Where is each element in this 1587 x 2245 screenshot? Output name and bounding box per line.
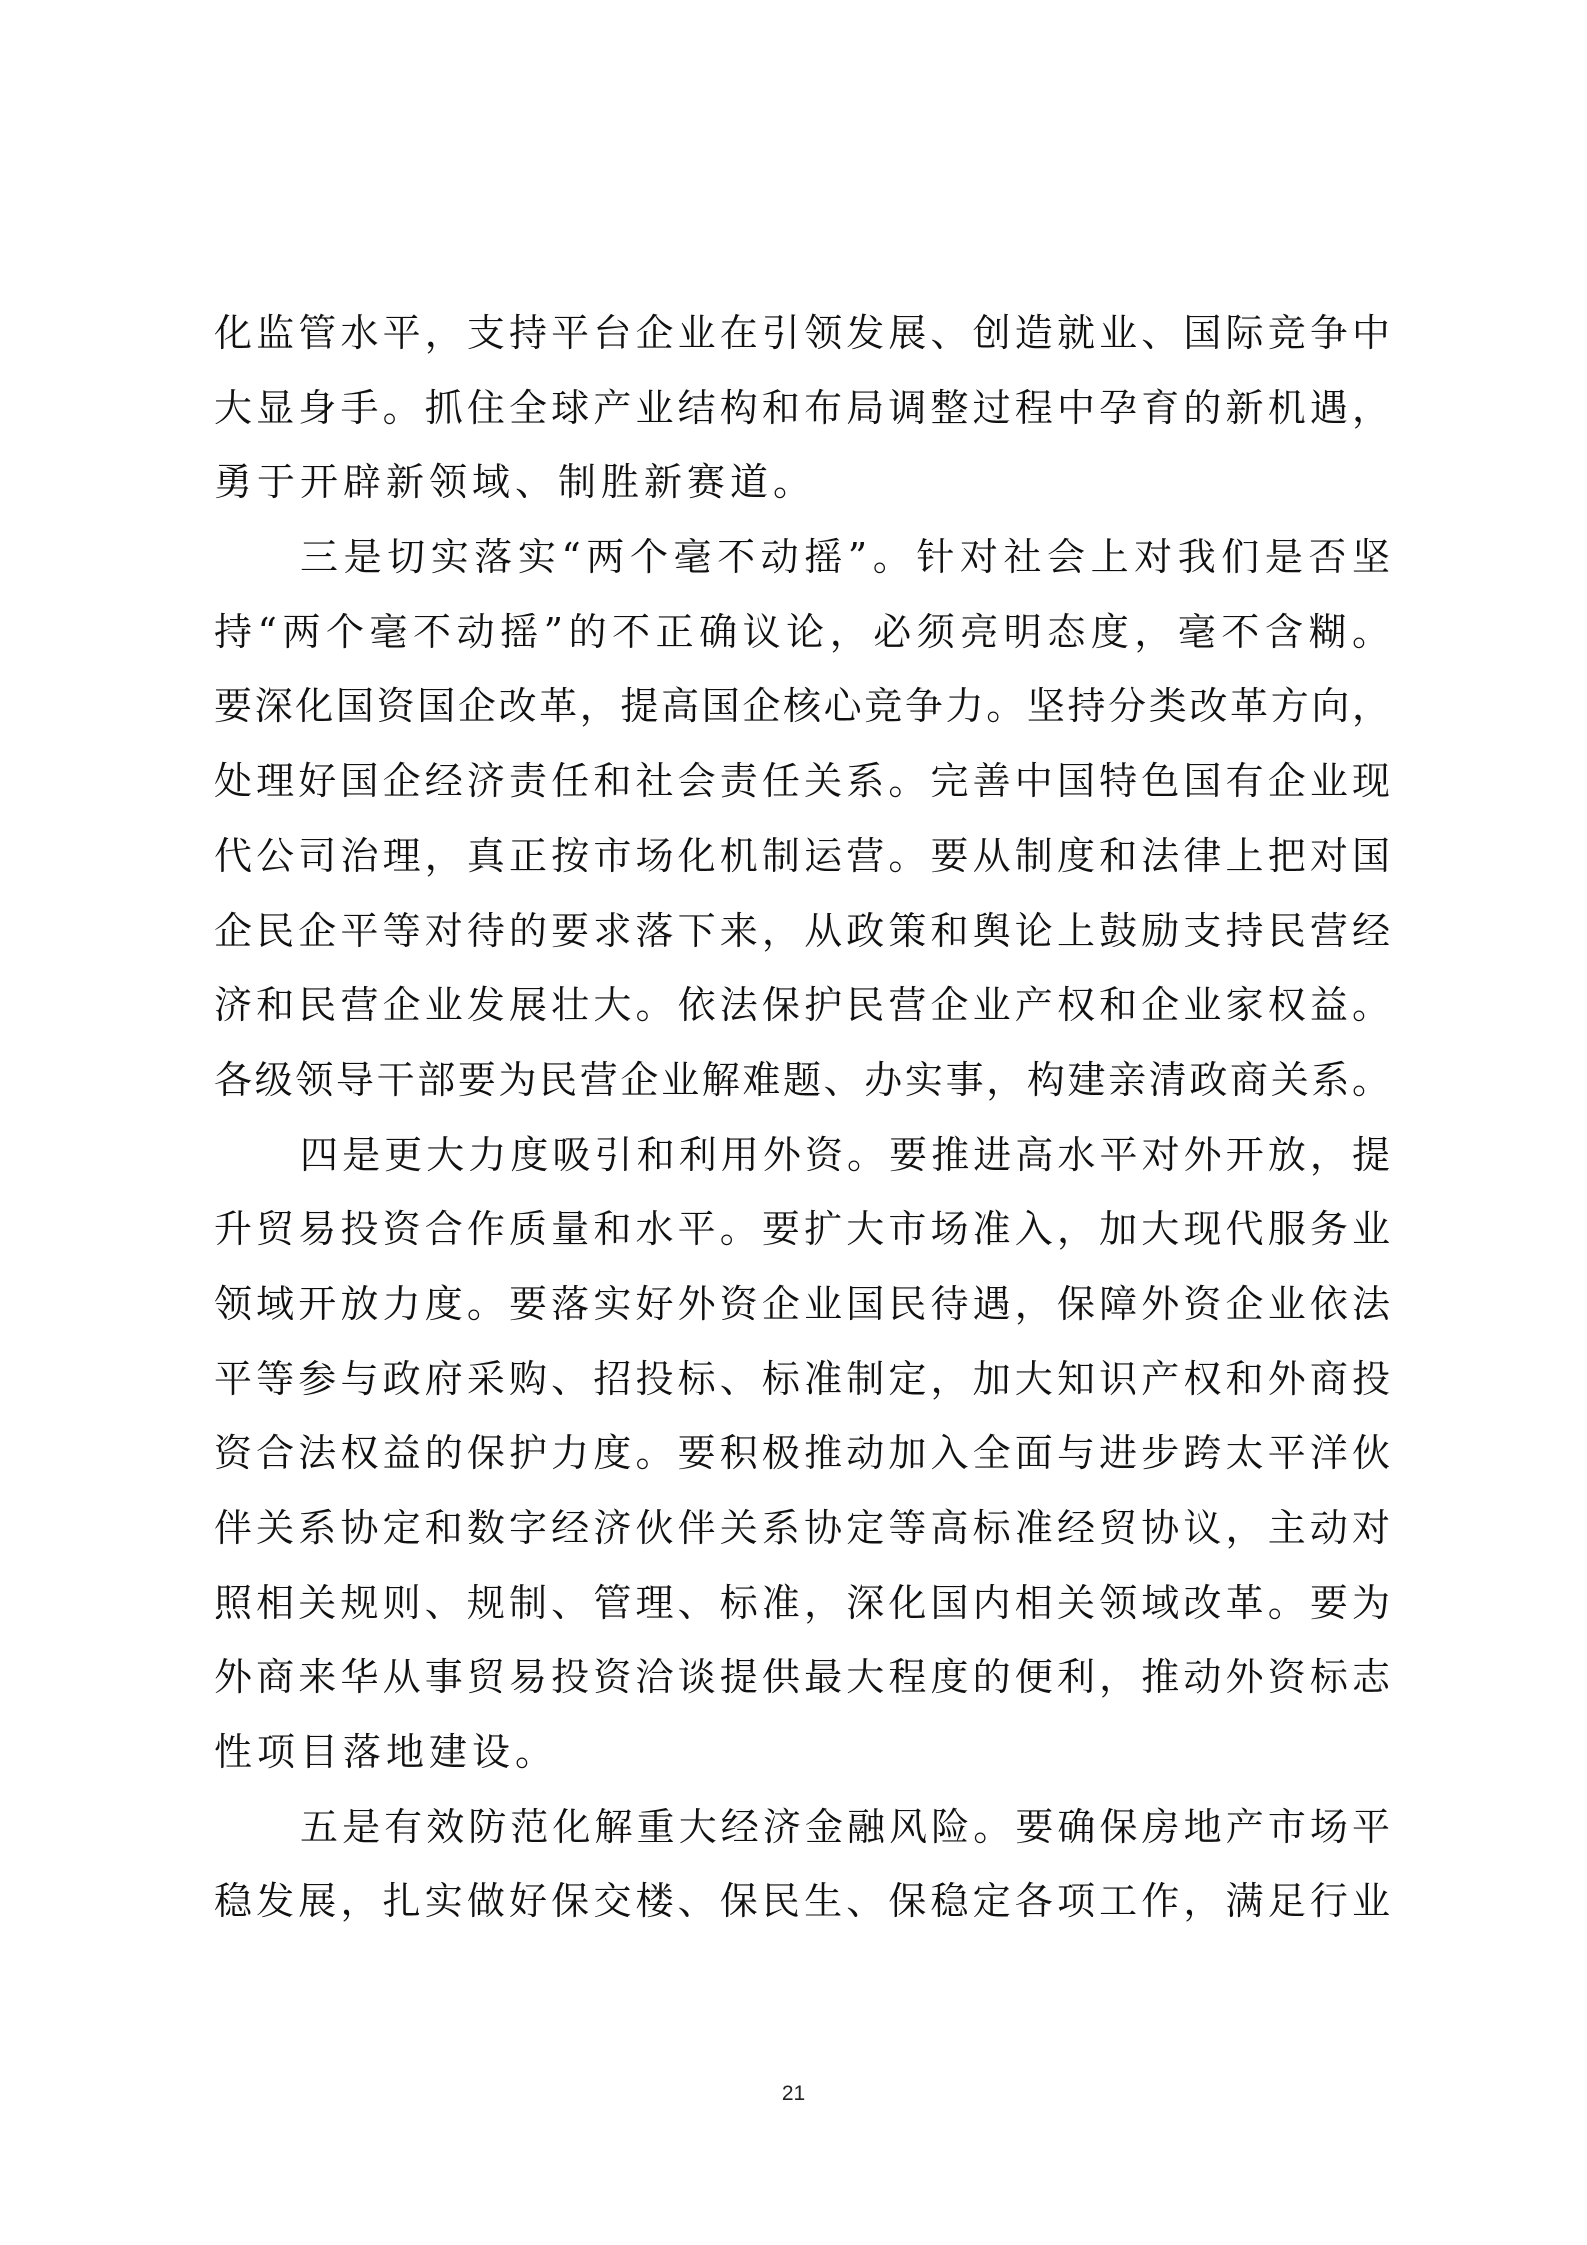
text-line-content: 大显身手。抓住全球产业结构和布局调整过程中孕育的新机遇， <box>214 386 1390 430</box>
text-line-content: 各级领导干部要为民营企业解难题、办实事，构建亲清政商关系。 <box>214 1058 1390 1102</box>
text-line: 企民企平等对待的要求落下来，从政策和舆论上鼓励支持民营经 <box>214 894 1390 969</box>
text-line-content: 济和民营企业发展壮大。依法保护民营企业产权和企业家权益。 <box>214 983 1390 1027</box>
text-line: 大显身手。抓住全球产业结构和布局调整过程中孕育的新机遇， <box>214 371 1390 446</box>
text-line-content: 处理好国企经济责任和社会责任关系。完善中国特色国有企业现 <box>214 759 1390 803</box>
text-line-content: 升贸易投资合作质量和水平。要扩大市场准入，加大现代服务业 <box>214 1207 1390 1251</box>
text-line: 外商来华从事贸易投资洽谈提供最大程度的便利，推动外资标志 <box>214 1640 1390 1715</box>
text-line: 化监管水平，支持平台企业在引领发展、创造就业、国际竞争中 <box>214 296 1390 371</box>
text-line-content: 代公司治理，真正按市场化机制运营。要从制度和法律上把对国 <box>214 834 1390 878</box>
text-line-content: 外商来华从事贸易投资洽谈提供最大程度的便利，推动外资标志 <box>214 1655 1390 1699</box>
text-line-content: 照相关规则、规制、管理、标准，深化国内相关领域改革。要为 <box>214 1581 1390 1625</box>
text-line-content: 伴关系协定和数字经济伙伴关系协定等高标准经贸协议，主动对 <box>214 1506 1390 1550</box>
text-line-content: 要深化国资国企改革，提高国企核心竞争力。坚持分类改革方向， <box>214 684 1390 728</box>
page-number: 21 <box>0 2082 1587 2106</box>
document-page: 化监管水平，支持平台企业在引领发展、创造就业、国际竞争中大显身手。抓住全球产业结… <box>0 0 1587 2245</box>
text-line: 资合法权益的保护力度。要积极推动加入全面与进步跨太平洋伙 <box>214 1416 1390 1491</box>
text-line-content: 三是切实落实“两个毫不动摇”。针对社会上对我们是否坚 <box>300 535 1390 579</box>
text-line: 稳发展，扎实做好保交楼、保民生、保稳定各项工作，满足行业 <box>214 1864 1390 1939</box>
text-line: 五是有效防范化解重大经济金融风险。要确保房地产市场平 <box>214 1790 1390 1865</box>
text-line: 照相关规则、规制、管理、标准，深化国内相关领域改革。要为 <box>214 1566 1390 1641</box>
text-line-content: 持“两个毫不动摇”的不正确议论，必须亮明态度，毫不含糊。 <box>214 610 1390 654</box>
text-line: 领域开放力度。要落实好外资企业国民待遇，保障外资企业依法 <box>214 1267 1390 1342</box>
text-line: 持“两个毫不动摇”的不正确议论，必须亮明态度，毫不含糊。 <box>214 595 1390 670</box>
text-line: 性项目落地建设。 <box>214 1715 1390 1790</box>
text-line-content: 化监管水平，支持平台企业在引领发展、创造就业、国际竞争中 <box>214 311 1390 355</box>
text-line: 升贸易投资合作质量和水平。要扩大市场准入，加大现代服务业 <box>214 1192 1390 1267</box>
text-line-content: 企民企平等对待的要求落下来，从政策和舆论上鼓励支持民营经 <box>214 909 1390 953</box>
text-line-content: 平等参与政府采购、招投标、标准制定，加大知识产权和外商投 <box>214 1357 1390 1401</box>
text-line-content: 五是有效防范化解重大经济金融风险。要确保房地产市场平 <box>300 1805 1390 1849</box>
text-line: 四是更大力度吸引和利用外资。要推进高水平对外开放，提 <box>214 1118 1390 1193</box>
text-line: 代公司治理，真正按市场化机制运营。要从制度和法律上把对国 <box>214 819 1390 894</box>
text-line-content: 资合法权益的保护力度。要积极推动加入全面与进步跨太平洋伙 <box>214 1431 1390 1475</box>
text-line: 伴关系协定和数字经济伙伴关系协定等高标准经贸协议，主动对 <box>214 1491 1390 1566</box>
text-line: 济和民营企业发展壮大。依法保护民营企业产权和企业家权益。 <box>214 968 1390 1043</box>
text-line-content: 领域开放力度。要落实好外资企业国民待遇，保障外资企业依法 <box>214 1282 1390 1326</box>
text-line: 要深化国资国企改革，提高国企核心竞争力。坚持分类改革方向， <box>214 669 1390 744</box>
text-line: 三是切实落实“两个毫不动摇”。针对社会上对我们是否坚 <box>214 520 1390 595</box>
text-line: 处理好国企经济责任和社会责任关系。完善中国特色国有企业现 <box>214 744 1390 819</box>
text-line: 各级领导干部要为民营企业解难题、办实事，构建亲清政商关系。 <box>214 1043 1390 1118</box>
text-line-content: 稳发展，扎实做好保交楼、保民生、保稳定各项工作，满足行业 <box>214 1879 1390 1923</box>
text-line: 平等参与政府采购、招投标、标准制定，加大知识产权和外商投 <box>214 1342 1390 1417</box>
text-line-content: 四是更大力度吸引和利用外资。要推进高水平对外开放，提 <box>300 1133 1390 1177</box>
body-text: 化监管水平，支持平台企业在引领发展、创造就业、国际竞争中大显身手。抓住全球产业结… <box>214 296 1390 1939</box>
text-line: 勇于开辟新领域、制胜新赛道。 <box>214 445 1390 520</box>
